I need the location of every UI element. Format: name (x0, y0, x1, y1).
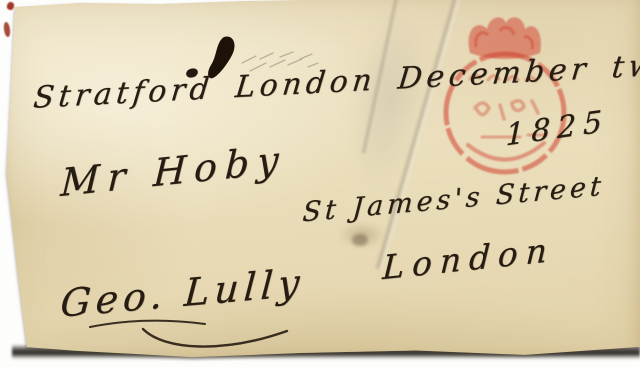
ink-smear (242, 52, 318, 71)
photo-of-postal-cover: Stratford London December two 1825 Mr Ho… (0, 0, 640, 367)
paper-stain-core (352, 234, 368, 246)
ink-smudge (180, 33, 330, 83)
signature-flourish (75, 313, 305, 355)
crowned-circle-postmark (440, 13, 570, 181)
